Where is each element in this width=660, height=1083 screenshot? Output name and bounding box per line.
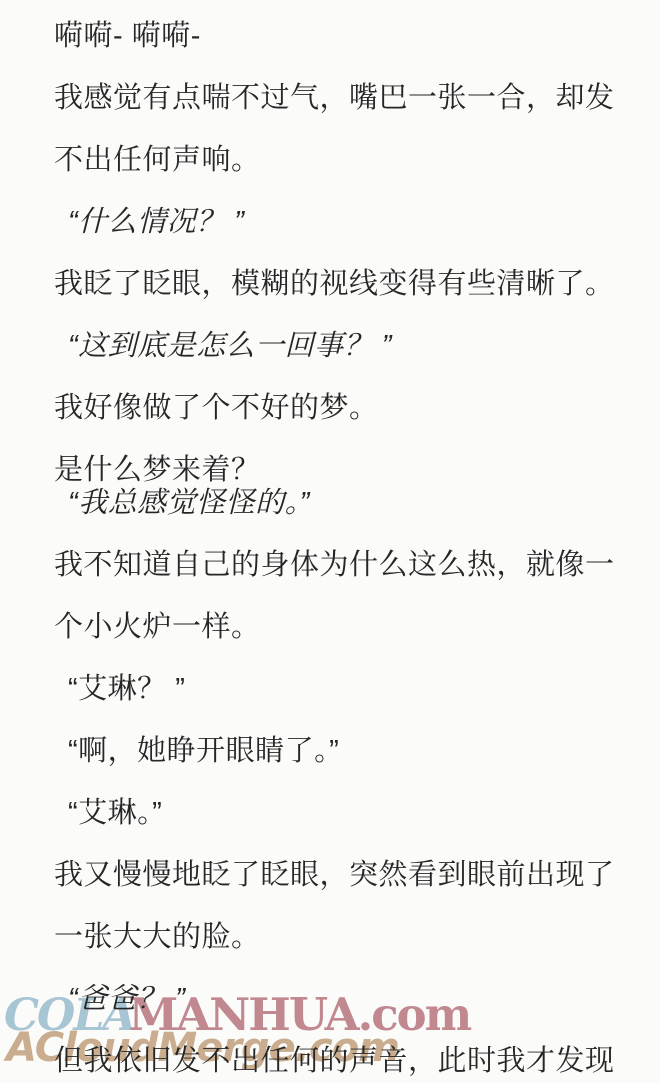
narration-line: 我好像做了个不好的梦。 [54,392,638,425]
dialogue-line: “艾琳。” [54,797,638,830]
narration-line: 个小火炉一样。 [54,611,638,644]
thought-line: “这到底是怎么一回事？ ” [54,330,638,363]
narration-line: 我又慢慢地眨了眨眼，突然看到眼前出现了 [54,859,638,892]
dialogue-line: “啊，她睁开眼睛了。” [54,735,638,768]
narration-line: 但我依旧发不出任何的声音，此时我才发现 [54,1045,638,1078]
thought-line: “我总感觉怪怪的。” [54,487,638,520]
narration-line: 是什么梦来着？ [54,454,638,487]
narration-line: 我不知道自己的身体为什么这么热，就像一 [54,549,638,582]
narration-line: 嗬嗬- 嗬嗬- [54,20,638,53]
thought-line: “什么情况？ ” [54,206,638,239]
story-text: 嗬嗬- 嗬嗬- 我感觉有点喘不过气，嘴巴一张一合，却发 不出任何声响。 “什么情… [0,0,660,1083]
thought-line: “爸爸？ ” [54,983,638,1016]
dialogue-line: “艾琳？ ” [54,673,638,706]
narration-line: 不出任何声响。 [54,144,638,177]
narration-line: 我眨了眨眼，模糊的视线变得有些清晰了。 [54,268,638,301]
narration-line: 我感觉有点喘不过气，嘴巴一张一合，却发 [54,82,638,115]
manhua-text-page: COLAMANHUA.com ACloudMerge.com 嗬嗬- 嗬嗬- 我… [0,0,660,1083]
narration-line: 一张大大的脸。 [54,921,638,954]
